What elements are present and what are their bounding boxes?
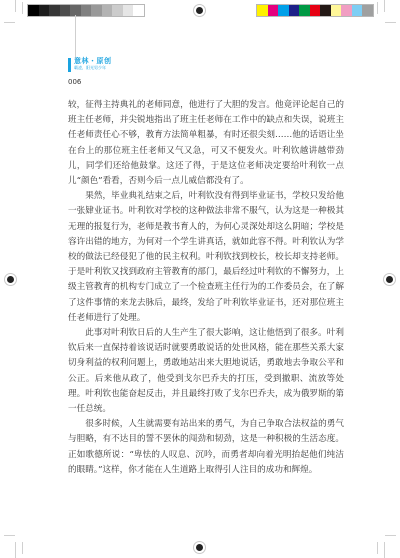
crop-mark <box>385 535 396 536</box>
gray-swatch <box>91 5 102 16</box>
gray-swatch <box>133 5 144 16</box>
crop-mark <box>4 535 15 536</box>
color-swatch <box>352 5 363 16</box>
gray-swatch <box>60 5 71 16</box>
color-calibration-bar <box>256 4 374 17</box>
body-text: 较，征得主持典礼的老师同意，他进行了大胆的发言。他竟评论起自己的班主任老师，并尖… <box>68 98 344 478</box>
running-head-accent-bar <box>68 58 71 72</box>
color-swatch <box>278 5 289 16</box>
running-head-subtitle: 霸凌，阳光男少年 <box>74 65 112 71</box>
color-swatch <box>289 5 300 16</box>
paragraph: 果然，毕业典礼结束之后，叶利钦没有得到毕业证书，学校只发给他一张肄业证书。叶利钦… <box>68 189 344 326</box>
paragraph: 很多时候，人生就需要有站出来的勇气，为自己争取合法权益的勇气与胆略，有不达目的誓… <box>68 417 344 478</box>
crop-mark <box>377 542 378 554</box>
crop-mark <box>384 542 385 558</box>
registration-mark-left <box>7 276 14 283</box>
color-swatch <box>299 5 310 16</box>
color-swatch <box>362 5 373 16</box>
crop-mark <box>385 22 396 23</box>
running-head-title: 意林・原创 <box>74 57 112 65</box>
crop-mark <box>22 542 23 554</box>
paragraph: 此事对叶利钦日后的人生产生了很大影响，这让他悟到了很多。叶利钦后来一直保持着该说… <box>68 326 344 417</box>
crop-mark <box>22 2 23 14</box>
color-swatch <box>268 5 279 16</box>
gray-calibration-bar <box>27 4 145 17</box>
gray-swatch <box>81 5 92 16</box>
paragraph: 较，征得主持典礼的老师同意，他进行了大胆的发言。他竟评论起自己的班主任老师，并尖… <box>68 98 344 189</box>
registration-mark-right <box>386 276 393 283</box>
registration-mark-top <box>196 7 203 14</box>
gray-swatch <box>123 5 134 16</box>
gray-swatch <box>102 5 113 16</box>
gray-swatch <box>112 5 123 16</box>
gray-swatch <box>39 5 50 16</box>
guide-line <box>75 15 76 59</box>
gray-swatch <box>28 5 39 16</box>
crop-mark <box>377 2 378 14</box>
registration-mark-bottom <box>196 544 203 551</box>
color-swatch <box>341 5 352 16</box>
gray-swatch <box>49 5 60 16</box>
color-swatch <box>331 5 342 16</box>
page-number: 006 <box>68 78 81 86</box>
crop-mark <box>15 0 16 12</box>
crop-mark <box>4 22 15 23</box>
running-head: 意林・原创 霸凌，阳光男少年 <box>68 57 112 72</box>
color-swatch <box>257 5 268 16</box>
crop-mark <box>384 0 385 12</box>
color-swatch <box>320 5 331 16</box>
color-swatch <box>310 5 321 16</box>
crop-mark <box>15 542 16 558</box>
